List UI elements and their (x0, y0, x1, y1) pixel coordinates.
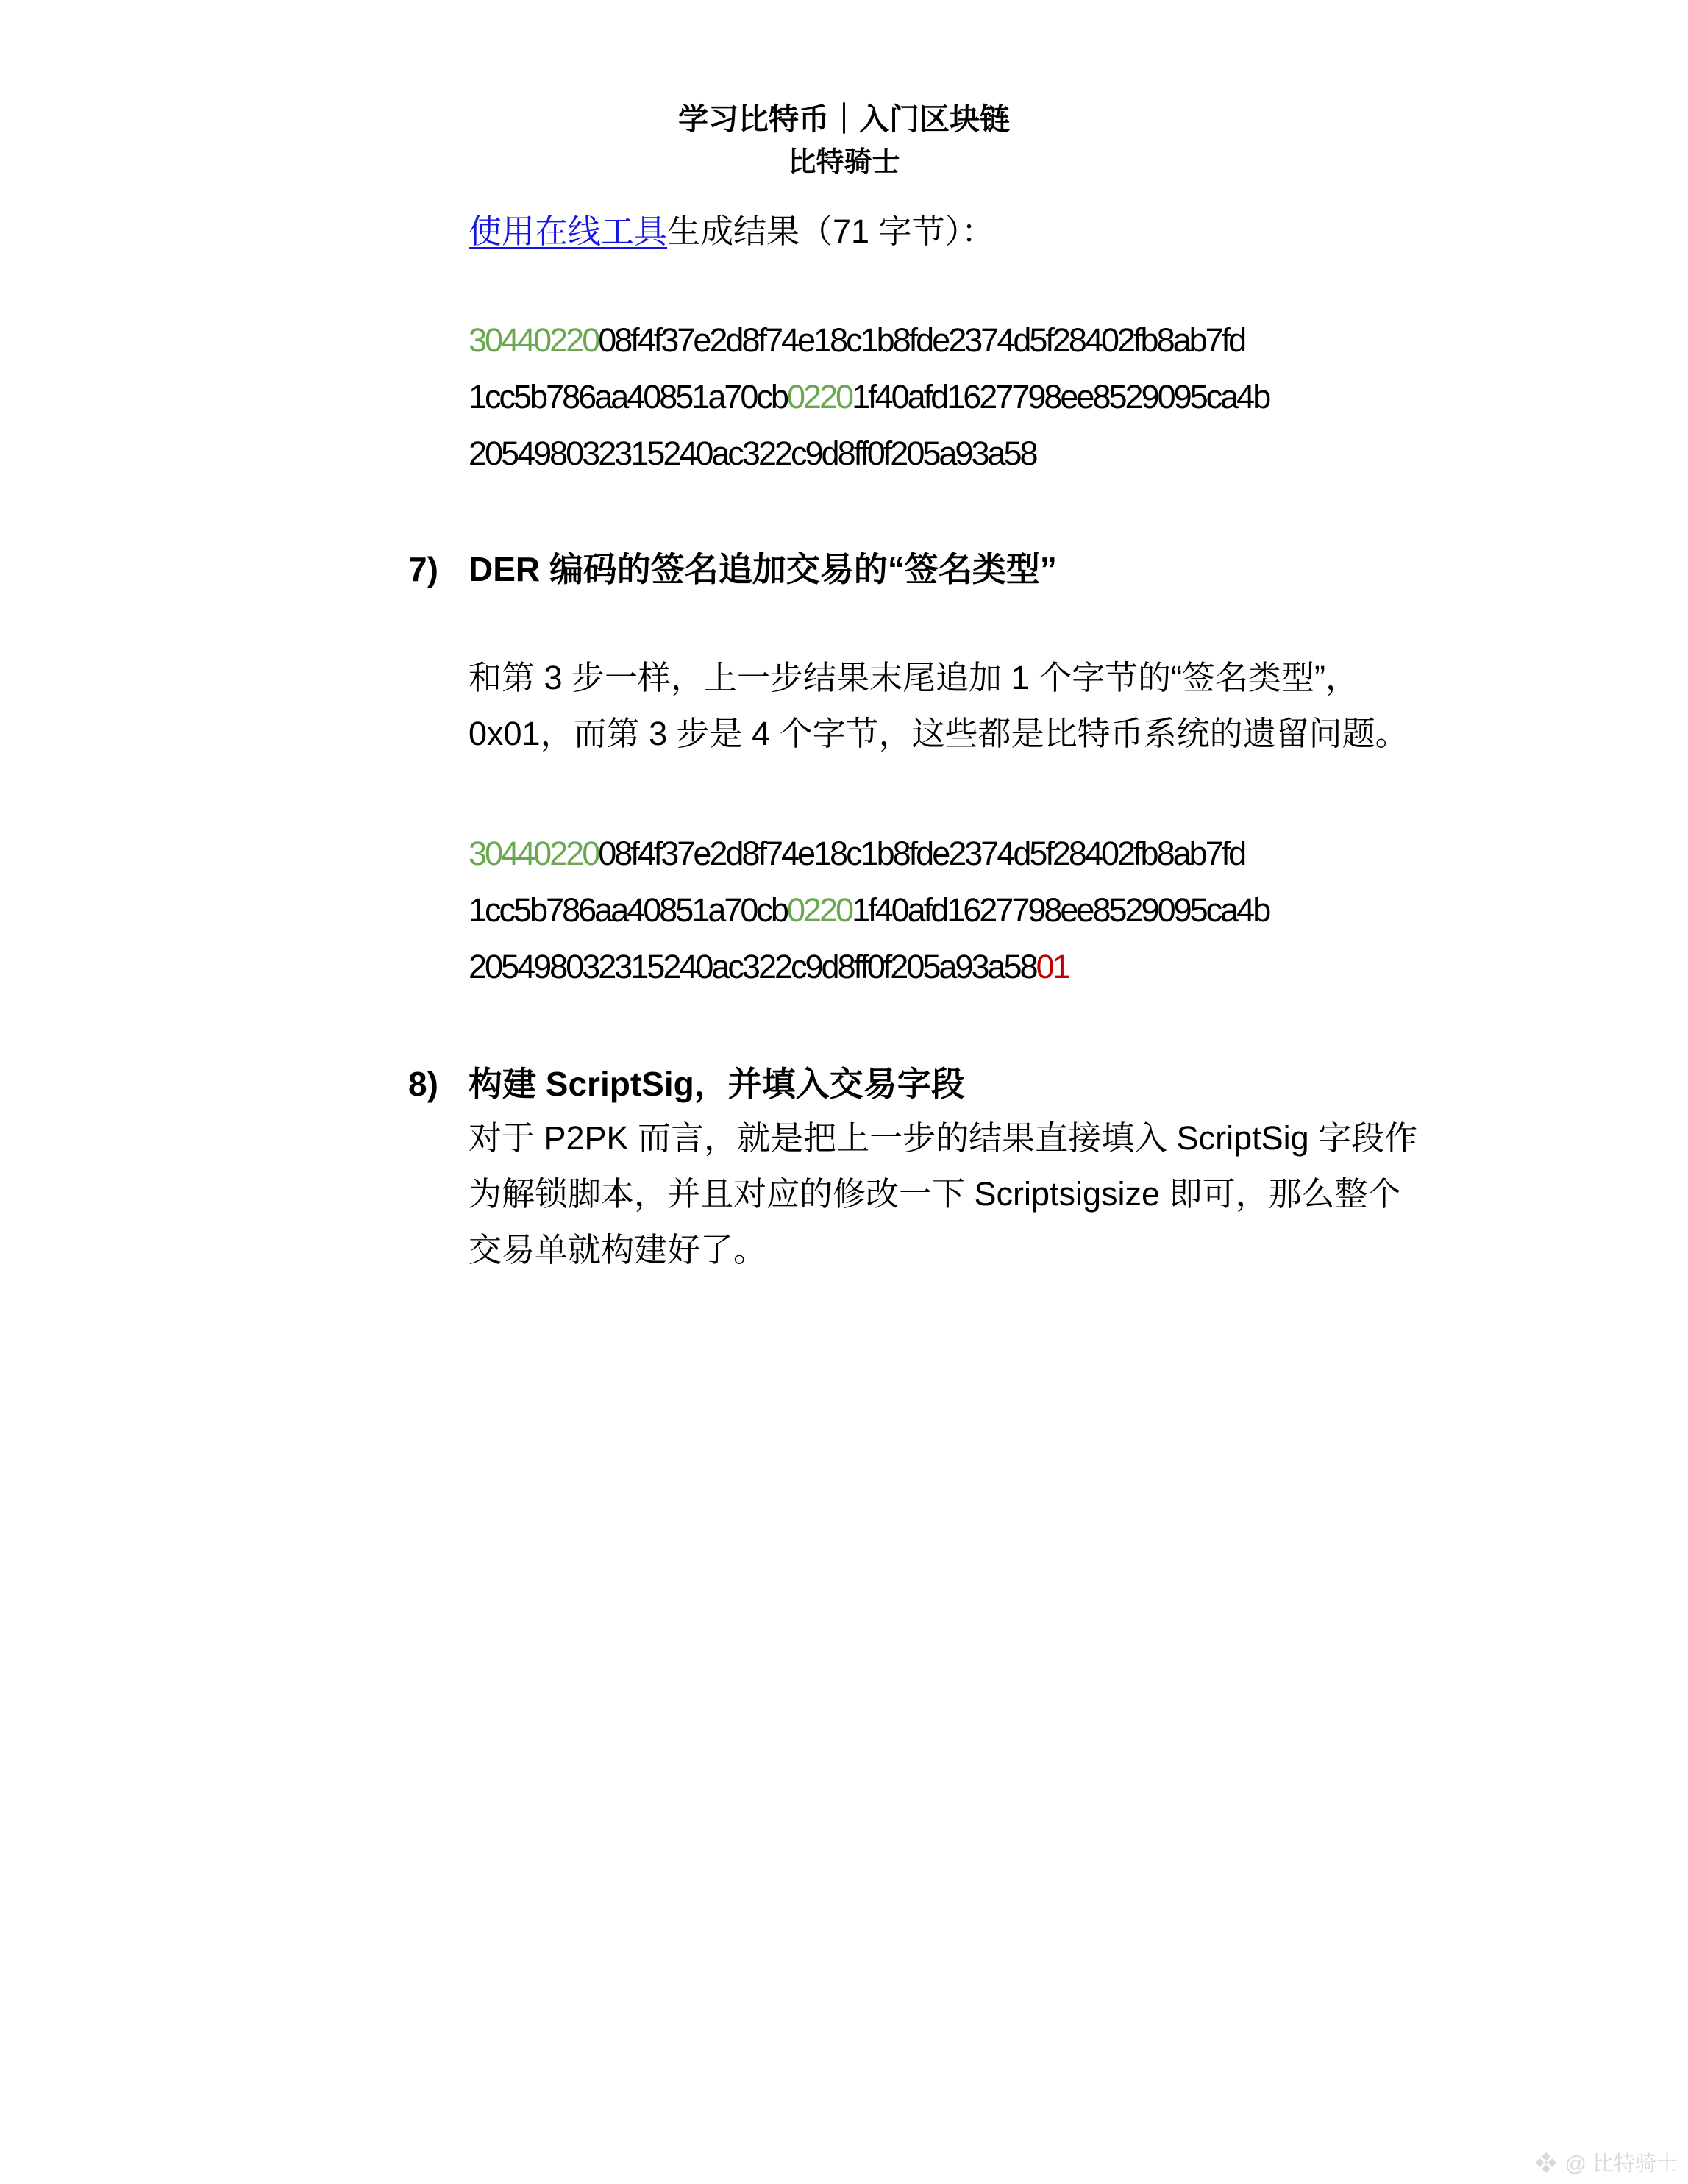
hex-line: 205498032315240ac322c9d8ff0f205a93a5801 (469, 938, 1269, 995)
section-7-heading: 7)DER 编码的签名追加交易的“签名类型” (408, 547, 1057, 591)
binance-diamond-icon (1534, 2151, 1558, 2174)
section-8-heading: 8)构建 ScriptSig，并填入交易字段 (408, 1062, 965, 1106)
hex-segment: 1f40afd1627798ee8529095ca4b (852, 891, 1269, 929)
hex-result-block-1: 3044022008f4f37e2d8f74e18c1b8fde2374d5f2… (469, 312, 1269, 482)
hex-line: 205498032315240ac322c9d8ff0f205a93a58 (469, 425, 1269, 482)
header-subtitle: 比特骑士 (0, 145, 1688, 180)
header-title: 学习比特币｜入门区块链 (0, 100, 1688, 138)
hex-segment-der-header: 30440220 (469, 835, 598, 872)
document-page: 学习比特币｜入门区块链 比特骑士 使用在线工具生成结果（71 字节）： 3044… (0, 0, 1688, 2184)
hex-result-block-2: 3044022008f4f37e2d8f74e18c1b8fde2374d5f2… (469, 825, 1269, 995)
hex-segment: 08f4f37e2d8f74e18c1b8fde2374d5f28402fb8a… (598, 321, 1244, 359)
watermark-text: @ 比特骑士 (1565, 2147, 1678, 2177)
hex-line: 3044022008f4f37e2d8f74e18c1b8fde2374d5f2… (469, 825, 1269, 882)
intro-text: 生成结果（71 字节）： (667, 213, 994, 250)
paragraph-line: 对于 P2PK 而言，就是把上一步的结果直接填入 ScriptSig 字段作 (469, 1110, 1417, 1166)
hex-line: 1cc5b786aa40851a70cb02201f40afd1627798ee… (469, 368, 1269, 425)
paragraph-line: 为解锁脚本，并且对应的修改一下 Scriptsigsize 即可，那么整个 (469, 1166, 1417, 1222)
hex-segment: 1f40afd1627798ee8529095ca4b (852, 378, 1269, 415)
heading-title: DER 编码的签名追加交易的“签名类型” (469, 550, 1057, 588)
hex-segment: 1cc5b786aa40851a70cb (469, 891, 787, 929)
heading-number: 7) (408, 547, 469, 591)
paragraph-line: 0x01，而第 3 步是 4 个字节，这些都是比特币系统的遗留问题。 (469, 706, 1409, 762)
paragraph-line: 和第 3 步一样，上一步结果末尾追加 1 个字节的“签名类型”， (469, 650, 1409, 706)
hex-segment-der-header: 30440220 (469, 321, 598, 359)
hex-segment-sighash-type: 01 (1036, 948, 1069, 985)
hex-segment-s-header: 0220 (787, 891, 852, 929)
hex-line: 3044022008f4f37e2d8f74e18c1b8fde2374d5f2… (469, 312, 1269, 368)
hex-segment: 205498032315240ac322c9d8ff0f205a93a58 (469, 435, 1036, 472)
hex-segment: 1cc5b786aa40851a70cb (469, 378, 787, 415)
heading-number: 8) (408, 1062, 469, 1106)
hex-segment: 08f4f37e2d8f74e18c1b8fde2374d5f28402fb8a… (598, 835, 1244, 872)
heading-title: 构建 ScriptSig，并填入交易字段 (469, 1065, 965, 1103)
paragraph-line: 交易单就构建好了。 (469, 1222, 1417, 1278)
hex-line: 1cc5b786aa40851a70cb02201f40afd1627798ee… (469, 882, 1269, 938)
hex-segment: 205498032315240ac322c9d8ff0f205a93a58 (469, 948, 1036, 985)
online-tool-link[interactable]: 使用在线工具 (469, 213, 667, 250)
watermark: @ 比特骑士 (1534, 2147, 1678, 2177)
section-8-paragraph: 对于 P2PK 而言，就是把上一步的结果直接填入 ScriptSig 字段作 为… (469, 1110, 1417, 1278)
section-7-paragraph: 和第 3 步一样，上一步结果末尾追加 1 个字节的“签名类型”， 0x01，而第… (469, 650, 1409, 762)
intro-line: 使用在线工具生成结果（71 字节）： (469, 210, 994, 254)
hex-segment-s-header: 0220 (787, 378, 852, 415)
